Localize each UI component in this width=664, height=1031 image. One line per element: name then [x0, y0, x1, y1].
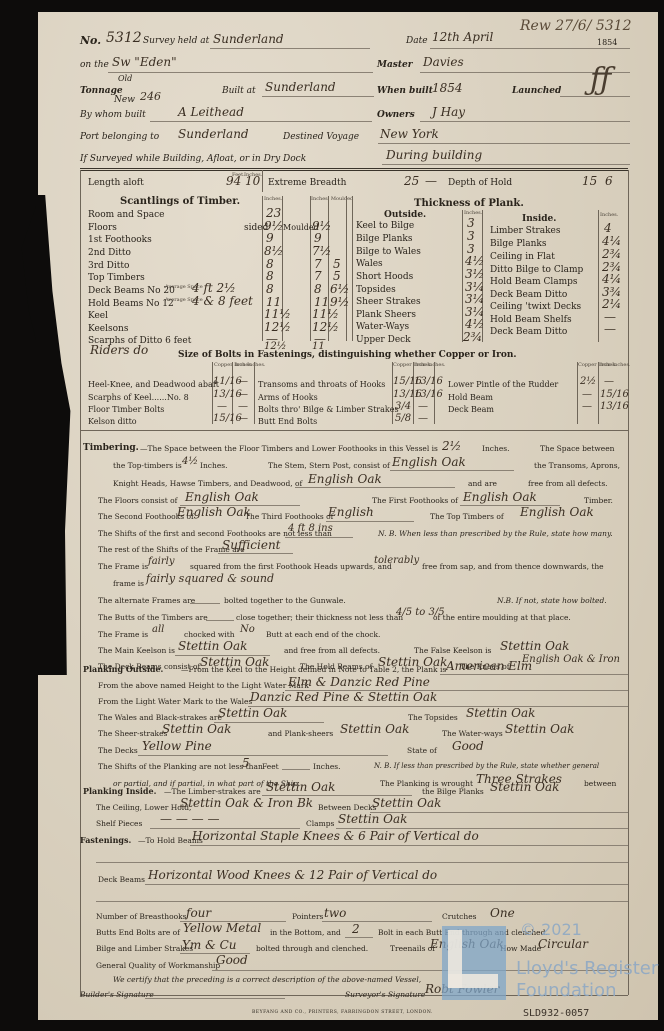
certification-text: We certify that the preceding is a corre… [113, 975, 421, 984]
length-inches: 10 [245, 174, 260, 188]
no-label: No. [80, 34, 101, 47]
survey-number: 5312 [106, 30, 142, 46]
surveyed-label: If Surveyed while Building, Afloat, or i… [80, 154, 306, 164]
built-at-value: Sunderland [265, 80, 336, 94]
built-at-label: Built at [222, 86, 256, 96]
printed-year: 1854 [597, 38, 617, 47]
master-label: Master [377, 60, 413, 70]
extreme-breadth-label: Extreme Breadth [268, 178, 346, 188]
new-label: New [114, 95, 135, 105]
bolts-title: Size of Bolts in Fastenings, distinguish… [178, 350, 517, 360]
surveyor-signature-label: Surveyor's Signature [345, 990, 425, 999]
date-value: 12th April [432, 30, 493, 44]
new-tonnage-value: 246 [140, 90, 161, 103]
date-label: Date [406, 36, 428, 46]
watermark-org-line2: Foundation [516, 980, 616, 1001]
depth-of-hold-label: Depth of Hold [448, 178, 512, 188]
length-feet: 94 [226, 174, 241, 188]
depth-feet: 15 [582, 174, 597, 188]
destined-voyage-label: Destined Voyage [283, 132, 359, 142]
surveyed-value: During building [386, 148, 482, 162]
port-value: Sunderland [178, 127, 249, 141]
length-aloft-label: Length aloft [88, 178, 144, 188]
owners-label: Owners [377, 110, 415, 120]
port-label: Port belonging to [80, 132, 159, 142]
by-whom-built-label: By whom built [80, 110, 146, 120]
vessel-name: Sw "Eden" [112, 55, 177, 69]
depth-inches: 6 [605, 174, 613, 188]
torn-edge [0, 80, 36, 500]
builder-signature-label: Builder's Signature [80, 990, 154, 999]
margin-flourish: ƒƒ [590, 62, 611, 97]
breadth-inches: — [425, 174, 437, 188]
scantlings-title: Scantlings of Timber. [120, 196, 240, 207]
archive-reference: SLD932-0057 [523, 1008, 589, 1019]
printer-imprint: BEYFANG AND CO., PRINTERS, FARRINGDON ST… [252, 1010, 433, 1015]
reference-annotation: Rew 27/6/ 5312 [520, 18, 632, 34]
destined-voyage-value: New York [380, 127, 439, 141]
on-the-label: on the [80, 60, 109, 70]
owners-value: J Hay [432, 105, 465, 119]
launched-label: Launched [512, 86, 561, 96]
survey-held-label: Survey held at [143, 36, 209, 46]
breadth-feet: 25 [404, 174, 419, 188]
old-label: Old [118, 74, 132, 83]
when-built-value: 1854 [432, 81, 463, 95]
survey-held-value: Sunderland [213, 32, 284, 46]
watermark-org-line1: Lloyd's Register [516, 958, 658, 979]
plank-title: Thickness of Plank. [414, 198, 524, 209]
when-built-label: When built [377, 86, 433, 96]
master-value: Davies [423, 55, 464, 69]
by-whom-built-value: A Leithead [178, 105, 244, 119]
watermark-copyright: © 2021 [520, 920, 582, 939]
scantling-label: Room and Space [88, 210, 164, 220]
